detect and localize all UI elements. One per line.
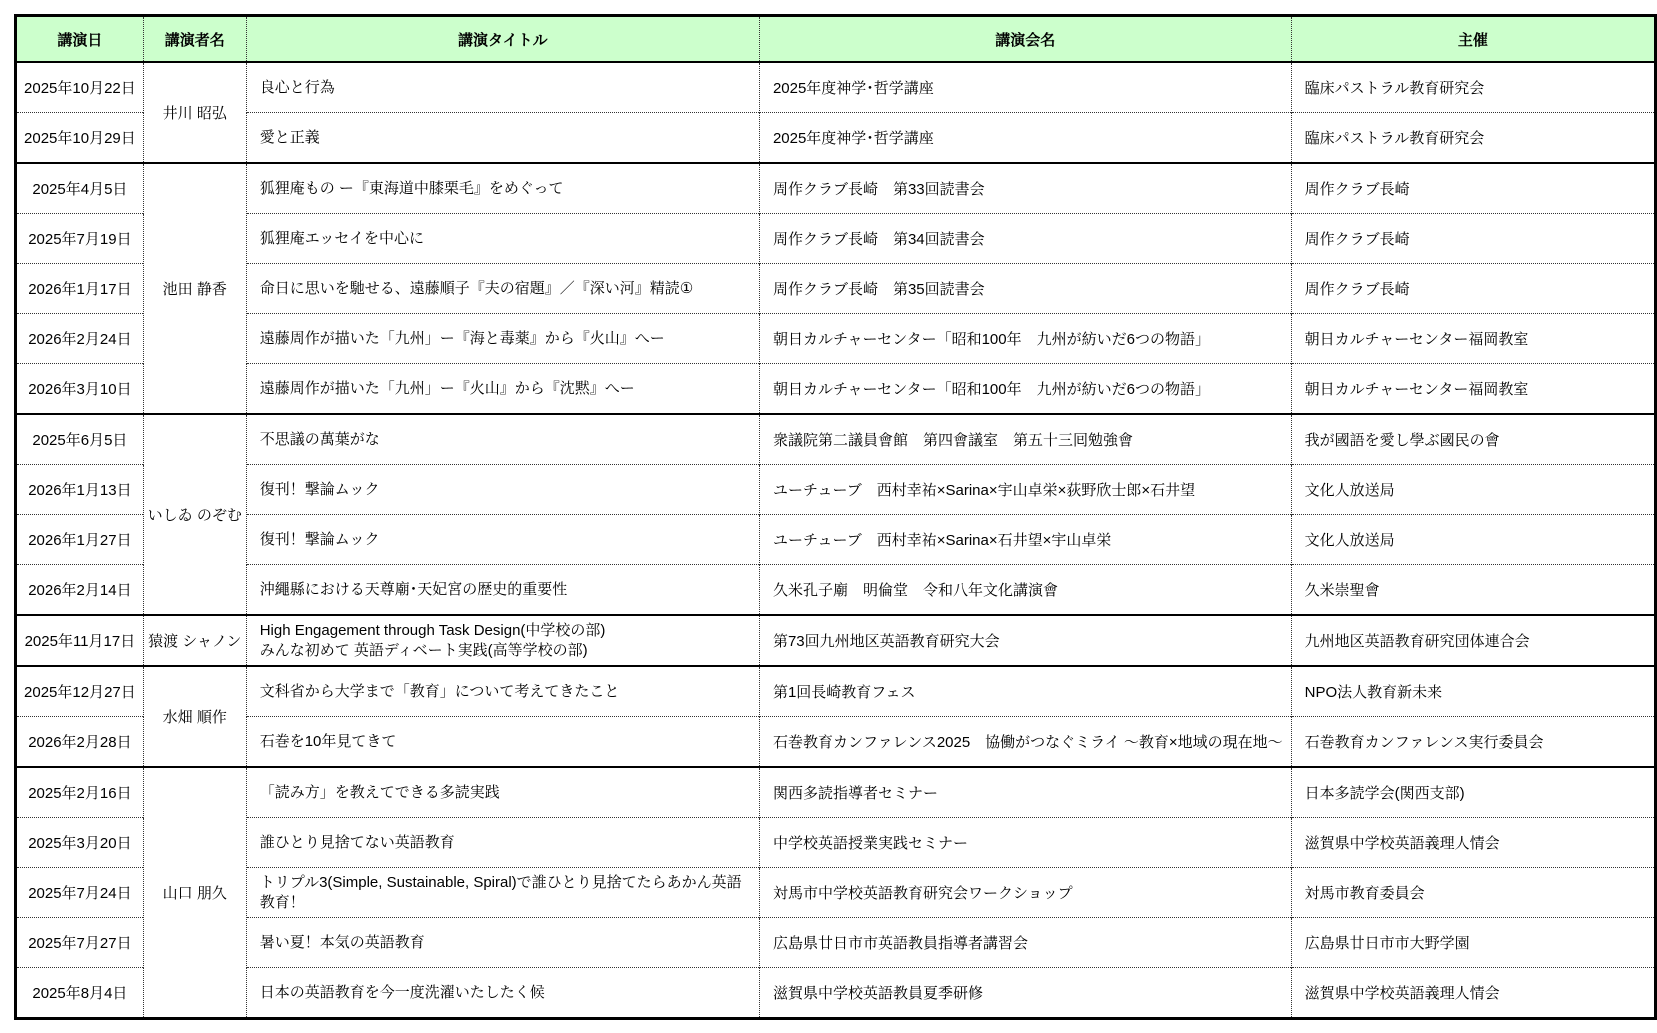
event-cell: 第73回九州地区英語教育研究大会 — [759, 615, 1291, 666]
speaker-cell: 井川 昭弘 — [143, 62, 246, 163]
speaker-cell: 水畑 順作 — [143, 666, 246, 767]
table-row: 2026年3月10日遠藤周作が描いた「九州」ー『火山』から『沈黙』へー朝日カルチ… — [16, 364, 1656, 415]
title-cell: 復刊！撃論ムック — [246, 465, 759, 515]
date-cell: 2025年7月19日 — [16, 214, 144, 264]
date-cell: 2025年8月4日 — [16, 968, 144, 1019]
date-cell: 2025年4月5日 — [16, 163, 144, 214]
title-cell: High Engagement through Task Design(中学校の… — [246, 615, 759, 666]
organizer-cell: 臨床パストラル教育研究会 — [1291, 62, 1655, 113]
date-cell: 2025年2月16日 — [16, 767, 144, 818]
date-cell: 2026年1月27日 — [16, 515, 144, 565]
event-cell: 滋賀県中学校英語教員夏季研修 — [759, 968, 1291, 1019]
lecture-table: 講演日 講演者名 講演タイトル 講演会名 主催 2025年10月22日井川 昭弘… — [14, 14, 1657, 1020]
title-cell: 狐狸庵もの ー『東海道中膝栗毛』をめぐって — [246, 163, 759, 214]
organizer-cell: 我が國語を愛し學ぶ國民の會 — [1291, 414, 1655, 465]
date-cell: 2026年3月10日 — [16, 364, 144, 415]
organizer-cell: 文化人放送局 — [1291, 515, 1655, 565]
organizer-cell: 文化人放送局 — [1291, 465, 1655, 515]
table-row: 2025年11月17日猿渡 シャノンHigh Engagement throug… — [16, 615, 1656, 666]
date-cell: 2025年10月22日 — [16, 62, 144, 113]
event-cell: 衆議院第二議員會館 第四會議室 第五十三囘勉強會 — [759, 414, 1291, 465]
column-header-speaker: 講演者名 — [143, 16, 246, 63]
event-cell: 周作クラブ長崎 第34回読書会 — [759, 214, 1291, 264]
title-cell: 命日に思いを馳せる、遠藤順子『夫の宿題』／『深い河』精読① — [246, 264, 759, 314]
date-cell: 2025年10月29日 — [16, 113, 144, 164]
table-row: 2025年12月27日水畑 順作文科省から大学まで「教育」について考えてきたこと… — [16, 666, 1656, 717]
title-cell: 不思議の萬葉がな — [246, 414, 759, 465]
event-cell: 久米孔子廟 明倫堂 令和八年文化講演會 — [759, 565, 1291, 616]
event-cell: 関西多読指導者セミナー — [759, 767, 1291, 818]
organizer-cell: 広島県廿日市市大野学園 — [1291, 918, 1655, 968]
title-cell: 愛と正義 — [246, 113, 759, 164]
organizer-cell: 朝日カルチャーセンター福岡教室 — [1291, 364, 1655, 415]
organizer-cell: 臨床パストラル教育研究会 — [1291, 113, 1655, 164]
event-cell: 朝日カルチャーセンター「昭和100年 九州が紡いだ6つの物語」 — [759, 364, 1291, 415]
speaker-cell: 猿渡 シャノン — [143, 615, 246, 666]
title-cell: 石巻を10年見てきて — [246, 717, 759, 768]
column-header-event: 講演会名 — [759, 16, 1291, 63]
date-cell: 2026年1月13日 — [16, 465, 144, 515]
title-cell: 文科省から大学まで「教育」について考えてきたこと — [246, 666, 759, 717]
organizer-cell: 周作クラブ長崎 — [1291, 163, 1655, 214]
title-cell: 日本の英語教育を今一度洗濯いたしたく候 — [246, 968, 759, 1019]
date-cell: 2025年7月24日 — [16, 868, 144, 918]
title-cell: 復刊！撃論ムック — [246, 515, 759, 565]
organizer-cell: 滋賀県中学校英語義理人情会 — [1291, 968, 1655, 1019]
table-row: 2026年1月27日復刊！撃論ムックユーチューブ 西村幸祐×Sarina×石井望… — [16, 515, 1656, 565]
table-row: 2025年7月19日狐狸庵エッセイを中心に周作クラブ長崎 第34回読書会周作クラ… — [16, 214, 1656, 264]
title-cell: 「読み方」を教えてできる多読実践 — [246, 767, 759, 818]
organizer-cell: 九州地区英語教育研究団体連合会 — [1291, 615, 1655, 666]
date-cell: 2026年2月28日 — [16, 717, 144, 768]
title-cell: 沖繩縣における天尊廟･天妃宮の歴史的重要性 — [246, 565, 759, 616]
event-cell: 2025年度神学･哲学講座 — [759, 62, 1291, 113]
event-cell: 対馬市中学校英語教育研究会ワークショップ — [759, 868, 1291, 918]
event-cell: 石巻教育カンファレンス2025 協働がつなぐミライ ～教育×地域の現在地～ — [759, 717, 1291, 768]
date-cell: 2025年6月5日 — [16, 414, 144, 465]
event-cell: ユーチューブ 西村幸祐×Sarina×宇山卓栄×荻野欣士郎×石井望 — [759, 465, 1291, 515]
table-row: 2025年3月20日誰ひとり見捨てない英語教育中学校英語授業実践セミナー滋賀県中… — [16, 818, 1656, 868]
table-row: 2026年1月13日復刊！撃論ムックユーチューブ 西村幸祐×Sarina×宇山卓… — [16, 465, 1656, 515]
column-header-organizer: 主催 — [1291, 16, 1655, 63]
table-row: 2026年2月24日遠藤周作が描いた「九州」ー『海と毒薬』から『火山』へー朝日カ… — [16, 314, 1656, 364]
event-cell: 広島県廿日市市英語教員指導者講習会 — [759, 918, 1291, 968]
date-cell: 2025年3月20日 — [16, 818, 144, 868]
title-cell: 狐狸庵エッセイを中心に — [246, 214, 759, 264]
speaker-cell: いしゐ のぞむ — [143, 414, 246, 615]
title-cell: 遠藤周作が描いた「九州」ー『海と毒薬』から『火山』へー — [246, 314, 759, 364]
organizer-cell: 日本多読学会(関西支部) — [1291, 767, 1655, 818]
table-row: 2026年2月28日石巻を10年見てきて石巻教育カンファレンス2025 協働がつ… — [16, 717, 1656, 768]
date-cell: 2025年12月27日 — [16, 666, 144, 717]
date-cell: 2026年2月24日 — [16, 314, 144, 364]
date-cell: 2026年2月14日 — [16, 565, 144, 616]
table-body: 2025年10月22日井川 昭弘良心と行為2025年度神学･哲学講座臨床パストラ… — [16, 62, 1656, 1019]
organizer-cell: NPO法人教育新未来 — [1291, 666, 1655, 717]
event-cell: ユーチューブ 西村幸祐×Sarina×石井望×宇山卓栄 — [759, 515, 1291, 565]
organizer-cell: 対馬市教育委員会 — [1291, 868, 1655, 918]
table-row: 2025年10月22日井川 昭弘良心と行為2025年度神学･哲学講座臨床パストラ… — [16, 62, 1656, 113]
event-cell: 周作クラブ長崎 第33回読書会 — [759, 163, 1291, 214]
title-cell: 良心と行為 — [246, 62, 759, 113]
event-cell: 第1回長崎教育フェス — [759, 666, 1291, 717]
date-cell: 2025年7月27日 — [16, 918, 144, 968]
column-header-title: 講演タイトル — [246, 16, 759, 63]
speaker-cell: 山口 朋久 — [143, 767, 246, 1019]
event-cell: 2025年度神学･哲学講座 — [759, 113, 1291, 164]
date-cell: 2026年1月17日 — [16, 264, 144, 314]
table-row: 2025年10月29日愛と正義2025年度神学･哲学講座臨床パストラル教育研究会 — [16, 113, 1656, 164]
title-cell: トリプル3(Simple, Sustainable, Spiral)で誰ひとり見… — [246, 868, 759, 918]
table-row: 2026年1月17日命日に思いを馳せる、遠藤順子『夫の宿題』／『深い河』精読①周… — [16, 264, 1656, 314]
table-row: 2025年2月16日山口 朋久「読み方」を教えてできる多読実践関西多読指導者セミ… — [16, 767, 1656, 818]
event-cell: 中学校英語授業実践セミナー — [759, 818, 1291, 868]
table-row: 2025年7月27日暑い夏！本気の英語教育広島県廿日市市英語教員指導者講習会広島… — [16, 918, 1656, 968]
date-cell: 2025年11月17日 — [16, 615, 144, 666]
table-header-row: 講演日 講演者名 講演タイトル 講演会名 主催 — [16, 16, 1656, 63]
table-row: 2026年2月14日沖繩縣における天尊廟･天妃宮の歴史的重要性久米孔子廟 明倫堂… — [16, 565, 1656, 616]
organizer-cell: 滋賀県中学校英語義理人情会 — [1291, 818, 1655, 868]
organizer-cell: 朝日カルチャーセンター福岡教室 — [1291, 314, 1655, 364]
title-cell: 誰ひとり見捨てない英語教育 — [246, 818, 759, 868]
document-sheet: 講演日 講演者名 講演タイトル 講演会名 主催 2025年10月22日井川 昭弘… — [14, 14, 1657, 1020]
organizer-cell: 久米崇聖會 — [1291, 565, 1655, 616]
column-header-date: 講演日 — [16, 16, 144, 63]
event-cell: 朝日カルチャーセンター「昭和100年 九州が紡いだ6つの物語」 — [759, 314, 1291, 364]
speaker-cell: 池田 静香 — [143, 163, 246, 414]
table-row: 2025年4月5日池田 静香狐狸庵もの ー『東海道中膝栗毛』をめぐって周作クラブ… — [16, 163, 1656, 214]
title-cell: 暑い夏！本気の英語教育 — [246, 918, 759, 968]
table-row: 2025年6月5日いしゐ のぞむ不思議の萬葉がな衆議院第二議員會館 第四會議室 … — [16, 414, 1656, 465]
event-cell: 周作クラブ長崎 第35回読書会 — [759, 264, 1291, 314]
table-row: 2025年8月4日日本の英語教育を今一度洗濯いたしたく候滋賀県中学校英語教員夏季… — [16, 968, 1656, 1019]
organizer-cell: 石巻教育カンファレンス実行委員会 — [1291, 717, 1655, 768]
table-row: 2025年7月24日トリプル3(Simple, Sustainable, Spi… — [16, 868, 1656, 918]
title-cell: 遠藤周作が描いた「九州」ー『火山』から『沈黙』へー — [246, 364, 759, 415]
organizer-cell: 周作クラブ長崎 — [1291, 264, 1655, 314]
organizer-cell: 周作クラブ長崎 — [1291, 214, 1655, 264]
